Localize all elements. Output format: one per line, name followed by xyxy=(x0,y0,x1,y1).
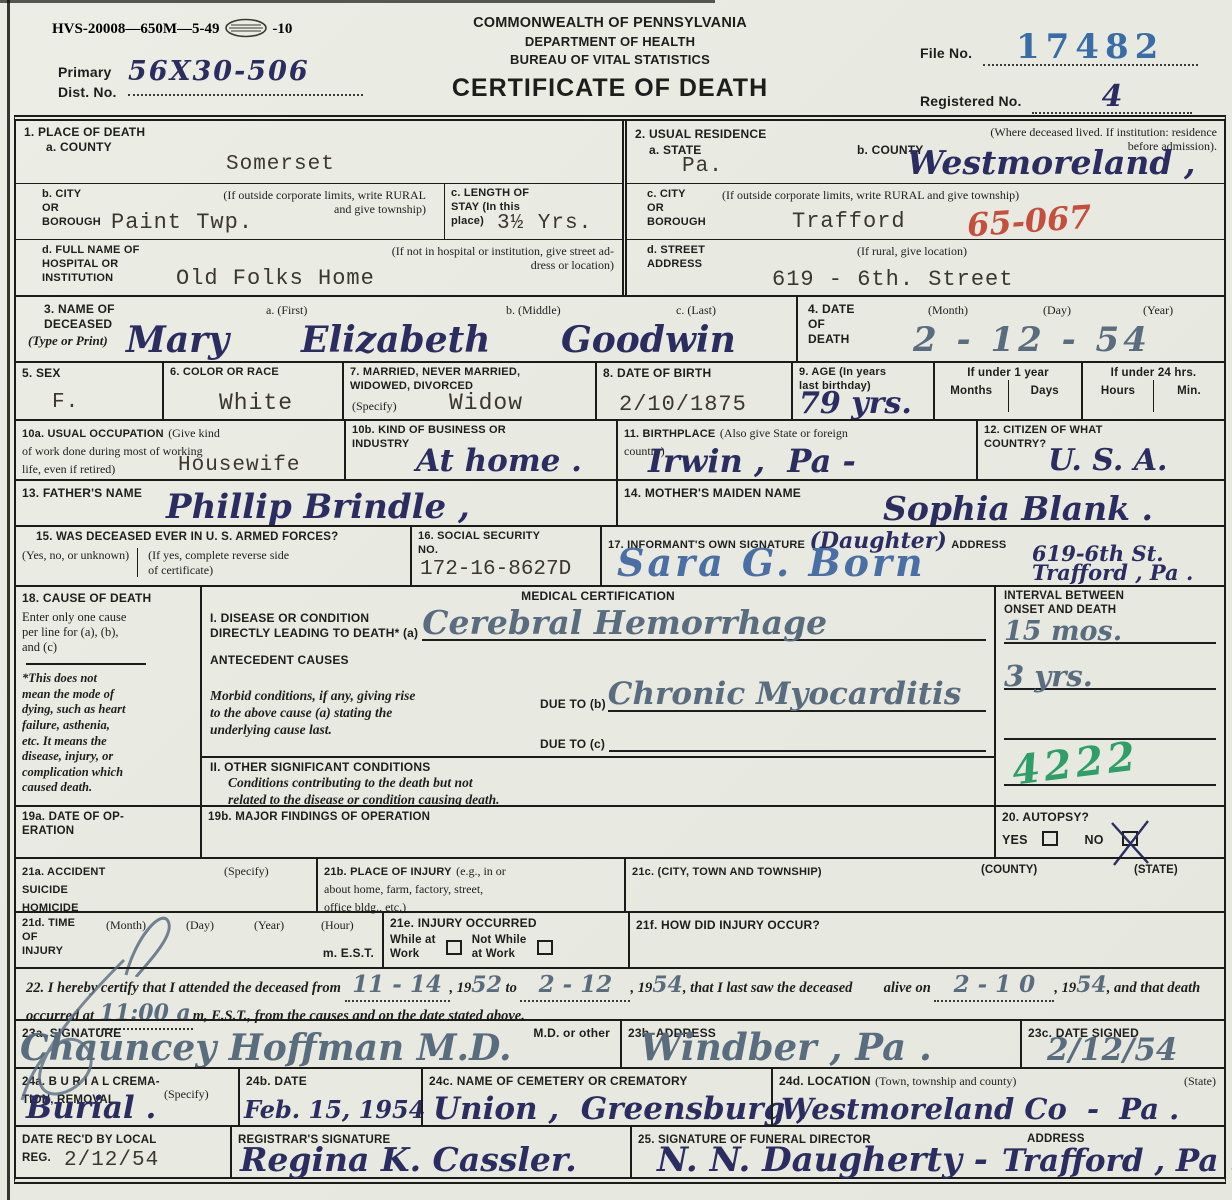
disease-value: Cerebral Hemorrhage xyxy=(422,603,827,642)
certify-from-value: 11 - 14 xyxy=(352,971,442,998)
autopsy-yes-checkbox xyxy=(1042,831,1058,846)
informant-address-label: ADDRESS xyxy=(951,539,1006,551)
field-accident-suicide: 21a. ACCIDENT SUICIDE HOMICIDE (Specify) xyxy=(16,859,316,911)
due-c-field xyxy=(609,734,986,752)
field-burial-location: 24d. LOCATION (Town, township and county… xyxy=(771,1069,1224,1125)
institution-value: Old Folks Home xyxy=(176,268,375,290)
burial-state-hint: (State) xyxy=(1184,1074,1216,1088)
injury-place-label: 21b. PLACE OF INJURY xyxy=(324,866,452,878)
physician-sig-value: Chauncey Hoffman M.D. xyxy=(20,1030,512,1066)
row-place-residence: 1. PLACE OF DEATH a. COUNTY Somerset b. … xyxy=(16,121,1224,295)
form-code: HVS-20008—650M—5-49 xyxy=(52,21,220,37)
marital-hint: (Specify) xyxy=(352,399,397,413)
certify-text-2: , 19 xyxy=(450,980,472,996)
row-certification: 22. I hereby certify that I attended the… xyxy=(16,967,1224,1019)
file-no-label: File No. xyxy=(920,45,972,61)
hours-label: Hours xyxy=(1083,380,1153,412)
certify-to-field: 2 - 12 xyxy=(520,973,630,1002)
county-value: Somerset xyxy=(226,154,335,175)
director-addr-value: Trafford , Pa . xyxy=(1002,1146,1232,1177)
operation-date-label: 19a. DATE OF OP- ERATION xyxy=(22,810,194,839)
armed-forces-label: 15. WAS DECEASED EVER IN U. S. ARMED FOR… xyxy=(22,530,404,544)
field-injury-city: 21c. (CITY, TOWN AND TOWNSHIP) (COUNTY) … xyxy=(624,859,1224,911)
file-no-value: 17482 xyxy=(1016,27,1164,67)
field-age: 9. AGE (In years last birthday) 79 yrs. xyxy=(791,363,933,419)
field-burial-date: 24b. DATE Feb. 15, 1954 xyxy=(238,1069,421,1125)
residence-city-hint: (If outside corporate limits, write RURA… xyxy=(722,188,1019,202)
field-business: 10b. KIND OF BUSINESS OR INDUSTRY At hom… xyxy=(344,421,616,479)
cemetery-value: Union , Greensburg , xyxy=(433,1094,807,1125)
stay-value: 3½ Yrs. xyxy=(497,213,592,234)
row-operation-autopsy: 19a. DATE OF OP- ERATION 19b. MAJOR FIND… xyxy=(16,805,1224,857)
dod-month-label: (Month) xyxy=(928,303,968,317)
morbid-note: Morbid conditions, if any, giving rise t… xyxy=(210,668,540,752)
field-date-received: DATE REC'D BY LOCAL REG. 2/12/54 xyxy=(16,1127,230,1177)
field-operation-findings: 19b. MAJOR FINDINGS OF OPERATION xyxy=(200,807,994,857)
mother-label: 14. MOTHER'S MAIDEN NAME xyxy=(624,486,801,500)
injury-est-label: m. E.S.T. xyxy=(323,946,374,961)
interval-a-field: 15 mos. xyxy=(1004,618,1216,644)
certify-text-1: I hereby certify that I attended the dec… xyxy=(48,980,341,996)
armed-forces-hints: (Yes, no, or unknown) (If yes, complete … xyxy=(22,548,404,577)
residence-city-stamp: 65-067 xyxy=(966,201,1093,242)
last-name-label: c. (Last) xyxy=(676,303,716,317)
registrar-sig-value: Regina K. Cassler. xyxy=(240,1143,577,1176)
form-code-line: HVS-20008—650M—5-49 -10 xyxy=(52,18,292,38)
date-signed-value: 2/12/54 xyxy=(1047,1035,1178,1066)
residence-city-value: Trafford xyxy=(792,211,906,233)
other-label: II. OTHER SIGNIFICANT CONDITIONS xyxy=(210,760,986,775)
residence-title: 2. USUAL RESIDENCE xyxy=(635,127,766,141)
institution-label: d. FULL NAME OF HOSPITAL OR INSTITUTION xyxy=(42,244,140,285)
months-label: Months xyxy=(935,380,1008,412)
field-city-stay: b. CITY OR BOROUGH (If outside corporate… xyxy=(16,183,622,239)
injury-hour-label: (Hour) xyxy=(321,918,354,932)
field-residence-state-county: 2. USUAL RESIDENCE (Where deceased lived… xyxy=(627,121,1224,183)
burial-date-label: 24b. DATE xyxy=(246,1074,307,1088)
registered-no-label: Registered No. xyxy=(920,93,1022,109)
injury-day-label: (Day) xyxy=(186,918,214,932)
place-of-death-title: 1. PLACE OF DEATH xyxy=(24,125,614,140)
department-title: DEPARTMENT OF HEALTH xyxy=(360,34,860,50)
middle-name-value: Elizabeth xyxy=(301,322,490,358)
days-label: Days xyxy=(1008,380,1082,412)
interval-a-value: 15 mos. xyxy=(1004,616,1122,647)
certify-text-5: , that I last saw the deceased xyxy=(683,980,853,996)
section-place-of-death: 1. PLACE OF DEATH a. COUNTY Somerset b. … xyxy=(16,121,622,295)
certification-statement: 22. I hereby certify that I attended the… xyxy=(16,969,1224,1019)
field-mother: 14. MOTHER'S MAIDEN NAME Sophia Blank . xyxy=(616,481,1224,525)
certify-text-7: , 19 xyxy=(1054,980,1076,996)
armed-forces-hint2: (If yes, complete reverse side of certif… xyxy=(137,548,289,577)
occupation-value: Housewife xyxy=(178,455,300,476)
certificate-form: 1. PLACE OF DEATH a. COUNTY Somerset b. … xyxy=(14,115,1226,1184)
burial-location-hint: (Town, township and county) xyxy=(875,1074,1016,1088)
color-race-value: White xyxy=(219,392,293,415)
med-cert-title: MEDICAL CERTIFICATION xyxy=(210,589,986,604)
primary-dist-value: 56X30-506 xyxy=(128,56,310,87)
name-title: 3. NAME OF DECEASED xyxy=(44,302,115,332)
certify-alive-value: 2 - 1 0 xyxy=(954,971,1036,998)
field-date-of-birth: 8. DATE OF BIRTH 2/10/1875 xyxy=(595,363,791,419)
burial-location-value: Westmoreland Co - Pa . xyxy=(781,1095,1179,1124)
color-race-label: 6. COLOR OR RACE xyxy=(170,366,336,380)
interval-column: INTERVAL BETWEEN ONSET AND DEATH 15 mos.… xyxy=(994,587,1224,805)
sex-label: 5. SEX xyxy=(22,366,156,381)
row-sex-age: 5. SEX F. 6. COLOR OR RACE White 7. MARR… xyxy=(16,361,1224,419)
field-physician-address: 23b. ADDRESS Windber , Pa . xyxy=(620,1021,1020,1067)
injury-class-hint: (Specify) xyxy=(224,864,269,878)
field-injury-how: 21f. HOW DID INJURY OCCUR? xyxy=(628,913,1224,967)
certify-alive-year: 54 xyxy=(1076,972,1107,998)
file-no-field: 17482 xyxy=(983,30,1198,66)
ssn-label: 16. SOCIAL SECURITY NO. xyxy=(418,530,594,558)
due-b-field: Chronic Myocarditis xyxy=(608,679,986,712)
not-at-work-label: Not While at Work xyxy=(472,933,527,962)
field-length-of-stay: c. LENGTH OF STAY (In this place) 3½ Yrs… xyxy=(444,184,622,239)
marital-value: Widow xyxy=(449,392,523,415)
interval-b-value: 3 yrs. xyxy=(1004,659,1093,693)
injury-occurred-label: 21e. INJURY OCCURRED xyxy=(390,916,622,931)
injury-occurred-options: While at Work Not While at Work xyxy=(390,933,622,962)
armed-forces-hint1: (Yes, no, or unknown) xyxy=(22,548,137,577)
not-at-work-checkbox xyxy=(537,940,553,955)
field-age-under-day: If under 24 hrs. Hours Min. xyxy=(1081,363,1224,419)
under-day-columns: Hours Min. xyxy=(1083,380,1224,412)
certify-text-6: alive on xyxy=(884,980,931,996)
field-burial: 24a. B U R I A L CREMA- TION, REMOVAL (S… xyxy=(16,1069,238,1125)
interval-code-field: 4222 xyxy=(1004,740,1216,786)
operation-findings-label: 19b. MAJOR FINDINGS OF OPERATION xyxy=(208,810,988,824)
injury-city-label: 21c. (CITY, TOWN AND TOWNSHIP) xyxy=(632,866,822,878)
under-day-label: If under 24 hrs. xyxy=(1083,363,1224,380)
file-no-row: File No. 17482 xyxy=(920,30,1198,66)
last-name-value: Goodwin xyxy=(561,322,736,358)
father-label: 13. FATHER'S NAME xyxy=(22,486,142,500)
union-label-icon xyxy=(224,18,268,38)
father-value: Phillip Brindle , xyxy=(166,490,470,524)
field-city-of-death: b. CITY OR BOROUGH (If outside corporate… xyxy=(16,184,444,239)
field-birthplace: 11. BIRTHPLACE (Also give State or forei… xyxy=(616,421,976,479)
section-date-of-death: 4. DATE OF DEATH (Month) (Day) (Year) 2 … xyxy=(796,297,1224,361)
field-cemetery: 24c. NAME OF CEMETERY OR CREMATORY Union… xyxy=(421,1069,771,1125)
row-registrar: DATE REC'D BY LOCAL REG. 2/12/54 REGISTR… xyxy=(16,1125,1224,1177)
dod-year-label: (Year) xyxy=(1143,303,1173,317)
field-citizen: 12. CITIZEN OF WHAT COUNTRY? U. S. A. xyxy=(976,421,1224,479)
certify-from-field: 11 - 14 xyxy=(345,973,450,1002)
field-street-address: d. STREET ADDRESS (If rural, give locati… xyxy=(627,239,1224,294)
row-name-dod: 3. NAME OF DECEASED (Type or Print) a. (… xyxy=(16,295,1224,361)
field-ssn: 16. SOCIAL SECURITY NO. 172-16-8627D xyxy=(410,527,600,585)
certify-text-4: , 19 xyxy=(630,980,652,996)
cause-title: 18. CAUSE OF DEATH xyxy=(22,591,194,606)
dod-value: 2 - 12 - 54 xyxy=(913,323,1151,357)
field-father: 13. FATHER'S NAME Phillip Brindle , xyxy=(16,481,616,525)
cause-note2: *This does not mean the mode of dying, s… xyxy=(22,671,194,796)
physician-md-label: M.D. or other xyxy=(533,1026,610,1041)
injury-time-label: 21d. TIME OF INJURY xyxy=(22,917,75,958)
injury-month-label: (Month) xyxy=(106,918,146,932)
field-injury-occurred: 21e. INJURY OCCURRED While at Work Not W… xyxy=(382,913,628,967)
min-label: Min. xyxy=(1153,380,1224,412)
registered-no-value: 4 xyxy=(1102,79,1123,114)
interval-c-field xyxy=(1004,690,1216,740)
death-certificate-scan: HVS-20008—650M—5-49 -10 Primary Dist. No… xyxy=(0,0,1232,1200)
burial-hint: (Specify) xyxy=(164,1087,209,1101)
city-label: b. CITY OR BOROUGH xyxy=(42,188,101,229)
injury-state-label: (STATE) xyxy=(1134,864,1178,878)
field-place-of-injury: 21b. PLACE OF INJURY (e.g., in or about … xyxy=(316,859,624,911)
field-residence-city: c. CITY OR BOROUGH (If outside corporate… xyxy=(627,183,1224,239)
row-occupation-birthplace: 10a. USUAL OCCUPATION (Give kind of work… xyxy=(16,419,1224,479)
first-name-value: Mary xyxy=(126,322,229,358)
field-autopsy: 20. AUTOPSY? YES NO xyxy=(994,807,1224,857)
citizen-value: U. S. A. xyxy=(1048,446,1168,476)
due-c-line: DUE TO (c) xyxy=(540,712,986,752)
at-work-label: While at Work xyxy=(390,933,436,962)
cause-notes-column: 18. CAUSE OF DEATH Enter only one cause … xyxy=(16,587,200,805)
field-physician-signature: 23a. SIGNATURE M.D. or other Chauncey Ho… xyxy=(16,1021,620,1067)
street-label: d. STREET ADDRESS xyxy=(647,244,705,272)
city-value: Paint Twp. xyxy=(111,212,253,234)
section-usual-residence: 2. USUAL RESIDENCE (Where deceased lived… xyxy=(622,121,1224,295)
field-operation-date: 19a. DATE OF OP- ERATION xyxy=(16,807,200,857)
field-occupation: 10a. USUAL OCCUPATION (Give kind of work… xyxy=(16,421,344,479)
row-parents: 13. FATHER'S NAME Phillip Brindle , 14. … xyxy=(16,479,1224,525)
injury-county-label: (COUNTY) xyxy=(981,864,1037,878)
disease-label: I. DISEASE OR CONDITION DIRECTLY LEADING… xyxy=(210,611,418,641)
field-armed-forces: 15. WAS DECEASED EVER IN U. S. ARMED FOR… xyxy=(16,527,410,585)
interval-label: INTERVAL BETWEEN ONSET AND DEATH xyxy=(1004,589,1216,618)
disease-line: I. DISEASE OR CONDITION DIRECTLY LEADING… xyxy=(210,606,986,641)
certify-to-value: 2 - 12 xyxy=(539,971,613,998)
field-informant: 17. INFORMANT'S OWN SIGNATURE (Daughter)… xyxy=(600,527,1224,585)
interval-code-stamp: 4222 xyxy=(1010,736,1141,791)
autopsy-no-label: NO xyxy=(1085,833,1104,847)
antecedent-block: Morbid conditions, if any, giving rise t… xyxy=(210,668,986,752)
autopsy-yes-label: YES xyxy=(1002,833,1028,847)
medical-certification-column: MEDICAL CERTIFICATION I. DISEASE OR COND… xyxy=(200,587,994,805)
residence-county-value: Westmoreland , xyxy=(907,146,1195,179)
birthplace-value: Irwin , Pa - xyxy=(648,445,856,477)
header-titles: COMMONWEALTH OF PENNSYLVANIA DEPARTMENT … xyxy=(360,14,860,104)
autopsy-options: YES NO xyxy=(1002,831,1218,849)
primary-dist-label: Primary Dist. No. xyxy=(58,62,117,103)
burial-location-label: 24d. LOCATION xyxy=(779,1074,871,1088)
certify-number: 22. xyxy=(26,980,44,996)
field-color-race: 6. COLOR OR RACE White xyxy=(162,363,342,419)
disease-value-field: Cerebral Hemorrhage xyxy=(422,606,986,641)
registered-no-field: 4 xyxy=(1032,82,1192,114)
burial-value: Burial . xyxy=(26,1093,156,1124)
street-hint: (If rural, give location) xyxy=(857,244,967,258)
field-date-signed: 23c. DATE SIGNED 2/12/54 xyxy=(1020,1021,1224,1067)
business-value: At home . xyxy=(416,446,582,477)
cemetery-label: 24c. NAME OF CEMETERY OR CREMATORY xyxy=(429,1074,688,1088)
commonwealth-title: COMMONWEALTH OF PENNSYLVANIA xyxy=(360,14,860,32)
ssn-value: 172-16-8627D xyxy=(420,559,571,580)
field-sex: 5. SEX F. xyxy=(16,363,162,419)
under-year-columns: Months Days xyxy=(935,380,1081,412)
field-county-of-death: 1. PLACE OF DEATH a. COUNTY Somerset xyxy=(16,121,622,183)
sex-value: F. xyxy=(52,392,79,413)
date-received-value: 2/12/54 xyxy=(64,1150,159,1171)
row-physician: 23a. SIGNATURE M.D. or other Chauncey Ho… xyxy=(16,1019,1224,1067)
middle-name-label: b. (Middle) xyxy=(506,303,561,317)
form-code-suffix: -10 xyxy=(272,21,292,37)
mother-value: Sophia Blank . xyxy=(883,492,1153,525)
primary-dist-field: 56X30-506 xyxy=(128,58,363,96)
dob-label: 8. DATE OF BIRTH xyxy=(603,366,785,381)
age-value: 79 yrs. xyxy=(799,389,912,419)
certify-alive-field: 2 - 1 0 xyxy=(934,973,1054,1002)
dob-value: 2/10/1875 xyxy=(619,394,747,416)
other-conditions-block: II. OTHER SIGNIFICANT CONDITIONS Conditi… xyxy=(202,756,994,811)
due-b-label: DUE TO (b) xyxy=(540,697,606,712)
due-to-block: DUE TO (b) Chronic Myocarditis DUE TO (c… xyxy=(540,668,986,752)
under-year-label: If under 1 year xyxy=(935,363,1081,380)
dod-title: 4. DATE OF DEATH xyxy=(808,302,855,347)
certify-to-year: 54 xyxy=(652,972,683,998)
certify-from-year: 52 xyxy=(471,972,502,998)
cause-note1: Enter only one cause per line for (a), (… xyxy=(22,610,194,655)
row-forces-ssn-informant: 15. WAS DECEASED EVER IN U. S. ARMED FOR… xyxy=(16,525,1224,585)
interval-b-field: 3 yrs. xyxy=(1004,644,1216,690)
residence-city-label: c. CITY OR BOROUGH xyxy=(647,188,706,229)
birthplace-label: 11. BIRTHPLACE xyxy=(624,428,715,440)
other-hint: Conditions contributing to the death but… xyxy=(228,775,986,809)
row-injury-time: 21d. TIME OF INJURY (Month) (Day) (Year)… xyxy=(16,911,1224,967)
field-funeral-director: 25. SIGNATURE OF FUNERAL DIRECTOR ADDRES… xyxy=(630,1127,1224,1177)
street-value: 619 - 6th. Street xyxy=(772,269,1013,291)
certify-text-3: to xyxy=(506,980,517,996)
row-injury-class: 21a. ACCIDENT SUICIDE HOMICIDE (Specify)… xyxy=(16,857,1224,911)
first-name-label: a. (First) xyxy=(266,303,307,317)
autopsy-no-checkbox xyxy=(1122,831,1138,846)
field-injury-time: 21d. TIME OF INJURY (Month) (Day) (Year)… xyxy=(16,913,382,967)
dod-day-label: (Day) xyxy=(1043,303,1071,317)
registered-no-row: Registered No. 4 xyxy=(920,82,1192,114)
burial-date-value: Feb. 15, 1954 xyxy=(244,1098,425,1122)
physician-addr-value: Windber , Pa . xyxy=(640,1029,932,1066)
certificate-header: HVS-20008—650M—5-49 -10 Primary Dist. No… xyxy=(0,0,1232,115)
due-b-value: Chronic Myocarditis xyxy=(608,676,962,712)
antecedent-label: ANTECEDENT CAUSES xyxy=(210,653,986,668)
injury-year-label: (Year) xyxy=(254,918,284,932)
at-work-checkbox xyxy=(446,940,462,955)
injury-how-label: 21f. HOW DID INJURY OCCUR? xyxy=(636,918,820,932)
field-registrar-signature: REGISTRAR'S SIGNATURE Regina K. Cassler. xyxy=(230,1127,630,1177)
field-institution: d. FULL NAME OF HOSPITAL OR INSTITUTION … xyxy=(16,239,622,294)
name-title-hint: (Type or Print) xyxy=(28,333,108,349)
bureau-title: BUREAU OF VITAL STATISTICS xyxy=(360,52,860,68)
field-age-under-year: If under 1 year Months Days xyxy=(933,363,1081,419)
row-cause-of-death: 18. CAUSE OF DEATH Enter only one cause … xyxy=(16,585,1224,805)
section-name-of-deceased: 3. NAME OF DECEASED (Type or Print) a. (… xyxy=(16,297,796,361)
director-value: N. N. Daugherty - xyxy=(657,1143,988,1177)
field-marital: 7. MARRIED, NEVER MARRIED, WIDOWED, DIVO… xyxy=(342,363,595,419)
row-burial: 24a. B U R I A L CREMA- TION, REMOVAL (S… xyxy=(16,1067,1224,1125)
due-b-line: DUE TO (b) Chronic Myocarditis xyxy=(540,668,986,712)
cause-note-divider xyxy=(26,663,146,665)
certificate-title: CERTIFICATE OF DEATH xyxy=(360,73,860,104)
informant-signature: Sara G. Born xyxy=(617,544,926,582)
injury-class-label: 21a. ACCIDENT SUICIDE HOMICIDE xyxy=(22,866,106,914)
due-c-label: DUE TO (c) xyxy=(540,737,605,752)
informant-address-line2: Trafford , Pa . xyxy=(1032,562,1193,583)
occupation-label: 10a. USUAL OCCUPATION xyxy=(22,428,164,440)
residence-state-value: Pa. xyxy=(682,156,723,177)
